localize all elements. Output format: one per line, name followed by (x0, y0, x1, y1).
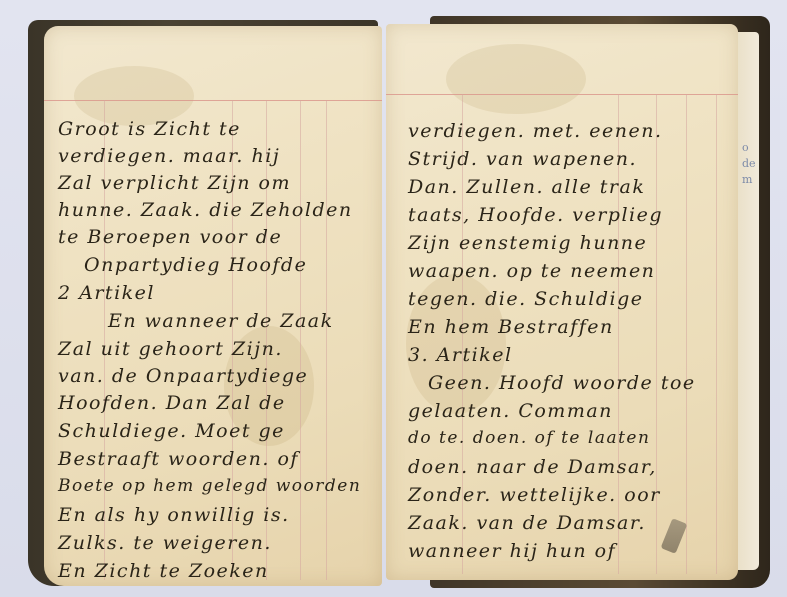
column-rule (300, 100, 301, 580)
handwritten-line: En hem Bestraffen (408, 316, 614, 338)
handwritten-line: Zal verplicht Zijn om (58, 172, 291, 194)
handwritten-line: Dan. Zullen. alle trak (408, 176, 645, 198)
handwritten-line: doen. naar de Damsar, (408, 456, 657, 478)
margin-rule (44, 100, 382, 101)
handwritten-line: 2 Artikel (58, 282, 155, 304)
handwritten-line: te Beroepen voor de (58, 226, 282, 248)
handwritten-line: Strijd. van wapenen. (408, 148, 637, 170)
handwritten-line: tegen. die. Schuldige (408, 288, 644, 310)
handwritten-line: wanneer hij hun of (408, 540, 616, 562)
handwritten-line: Zijn eenstemig hunne (408, 232, 647, 254)
handwritten-line: En wanneer de Zaak (108, 310, 334, 332)
edge-text-line: o (742, 140, 756, 156)
edge-text-line: de (742, 156, 756, 172)
left-page: Groot is Zicht te verdiegen. maar. hij Z… (44, 26, 382, 586)
handwritten-line: taats, Hoofde. verplieg (408, 204, 663, 226)
handwritten-line: Schuldiege. Moet ge (58, 420, 285, 442)
handwritten-line: 3. Artikel (408, 344, 513, 366)
handwritten-line: do te. doen. of te laaten (408, 428, 650, 448)
right-page: verdiegen. met. eenen. Strijd. van wapen… (386, 24, 738, 580)
edge-text-line: m (742, 172, 756, 188)
column-rule (686, 94, 687, 574)
handwritten-line: Hoofden. Dan Zal de (58, 392, 286, 414)
handwritten-line: hunne. Zaak. die Zeholden (58, 199, 353, 221)
handwritten-line: Zulks. te weigeren. (58, 532, 272, 554)
underlying-page-edge (735, 32, 759, 570)
edge-page-fragment: o de m (742, 140, 756, 188)
handwritten-line: verdiegen. maar. hij (58, 145, 280, 167)
column-rule (716, 94, 717, 574)
photo-background: o de m Groot is Zicht te verdiegen. maar… (0, 0, 787, 597)
handwritten-line: Zaak. van de Damsar. (408, 512, 646, 534)
handwritten-line: waapen. op te neemen (408, 260, 655, 282)
handwritten-line: Boete op hem gelegd woorden (58, 476, 361, 496)
paper-stain (446, 44, 586, 114)
handwritten-line: Bestraaft woorden. of (58, 448, 299, 470)
handwritten-line: Zonder. wettelijke. oor (408, 484, 661, 506)
column-rule (326, 100, 327, 580)
handwritten-line: gelaaten. Comman (408, 400, 613, 422)
handwritten-line: verdiegen. met. eenen. (408, 120, 663, 142)
handwritten-line: Geen. Hoofd woorde toe (428, 372, 696, 394)
handwritten-line: En als hy onwillig is. (58, 504, 290, 526)
handwritten-line: Onpartydieg Hoofde (84, 254, 307, 276)
handwritten-line: Zal uit gehoort Zijn. (58, 338, 283, 360)
handwritten-line: En Zicht te Zoeken (58, 560, 269, 582)
paper-stain (74, 66, 194, 126)
handwritten-line: van. de Onpaartydiege (58, 365, 308, 387)
handwritten-line: Groot is Zicht te (58, 118, 241, 140)
